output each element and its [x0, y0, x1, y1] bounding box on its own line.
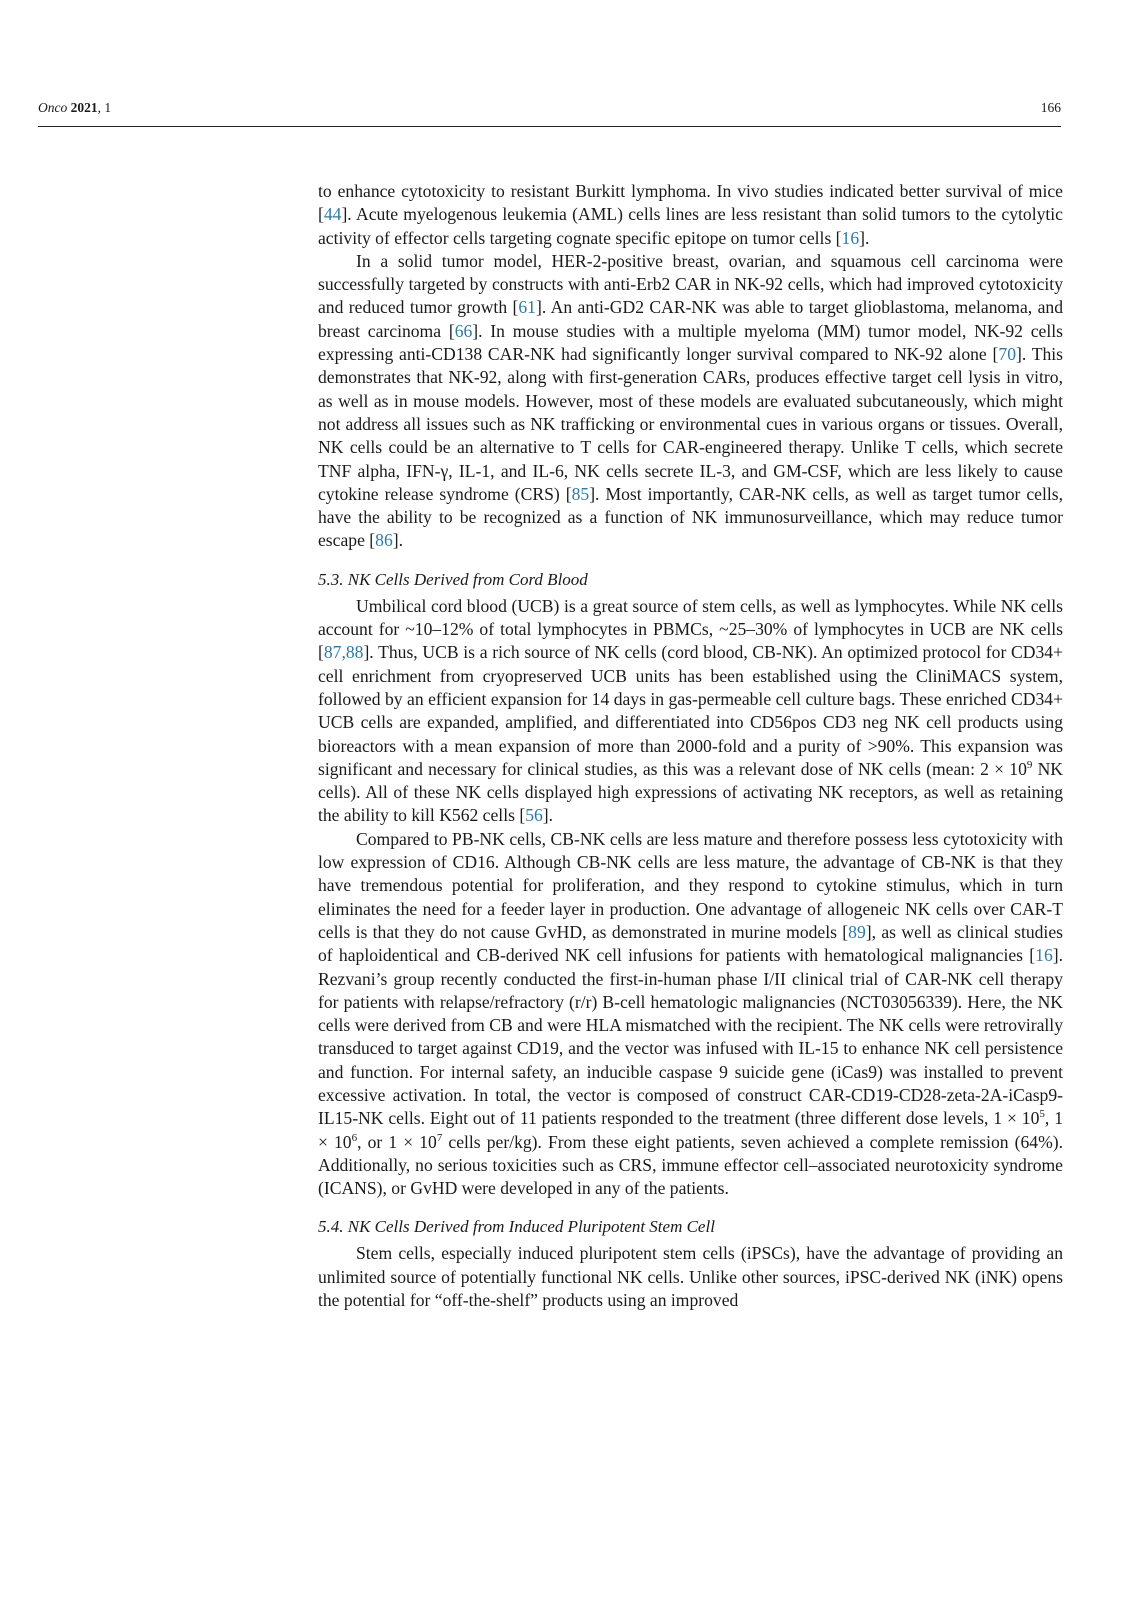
citation-link[interactable]: 61 [518, 297, 536, 317]
body-paragraph: to enhance cytotoxicity to resistant Bur… [318, 180, 1063, 250]
citation-link[interactable]: 70 [998, 344, 1016, 364]
page-number: 166 [1041, 100, 1061, 116]
citation-link[interactable]: 44 [324, 204, 342, 224]
section-heading: 5.3. NK Cells Derived from Cord Blood [318, 568, 1063, 591]
body-paragraph: Stem cells, especially induced pluripote… [318, 1242, 1063, 1312]
journal-volume: 1 [104, 100, 111, 115]
running-header: Onco 2021, 1 166 [38, 96, 1061, 127]
body-paragraph: Compared to PB-NK cells, CB-NK cells are… [318, 828, 1063, 1201]
citation-link[interactable]: 85 [572, 484, 590, 504]
superscript-exponent: 7 [437, 1132, 443, 1144]
citation-link[interactable]: 87,88 [324, 642, 364, 662]
superscript-exponent: 5 [1039, 1108, 1045, 1120]
body-paragraph: In a solid tumor model, HER-2-positive b… [318, 250, 1063, 553]
citation-link[interactable]: 56 [525, 805, 543, 825]
journal-name: Onco [38, 100, 67, 115]
citation-link[interactable]: 16 [1035, 945, 1053, 965]
article-body: to enhance cytotoxicity to resistant Bur… [318, 180, 1063, 1312]
body-paragraph: Umbilical cord blood (UCB) is a great so… [318, 595, 1063, 828]
superscript-exponent: 6 [352, 1132, 358, 1144]
citation-link[interactable]: 89 [848, 922, 866, 942]
superscript-exponent: 9 [1027, 759, 1033, 771]
citation-link[interactable]: 16 [842, 228, 860, 248]
citation-link[interactable]: 86 [375, 530, 393, 550]
section-heading: 5.4. NK Cells Derived from Induced Pluri… [318, 1215, 1063, 1238]
journal-citation: Onco 2021, 1 [38, 100, 111, 116]
citation-link[interactable]: 66 [455, 321, 473, 341]
journal-year: 2021 [71, 100, 98, 115]
